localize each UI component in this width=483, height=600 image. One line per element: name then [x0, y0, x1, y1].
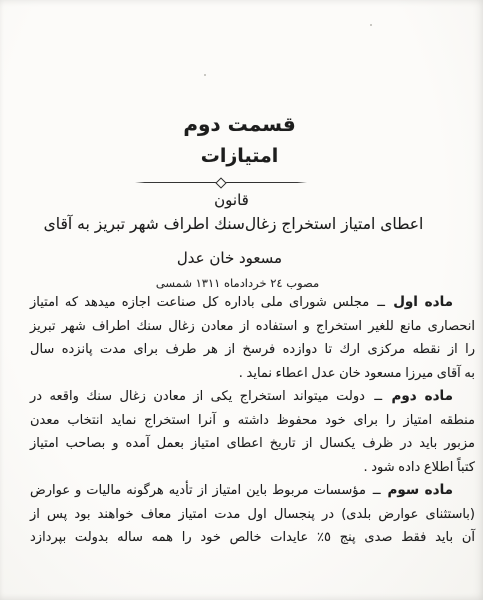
article-2-heading: ماده دوم — [391, 388, 453, 404]
article-3-line-2: (باستثنای عوارض بلدی) در پنجسال اول مدت … — [30, 503, 475, 527]
diamond-ornament-icon — [215, 177, 226, 188]
law-label: قانون — [0, 191, 473, 209]
article-1-heading: ماده اول — [393, 294, 453, 310]
article-2-line-1: ماده دوم ــ دولت میتواند استخراج یکی از … — [30, 385, 475, 409]
article-1-line-2: انحصاری مانع للغیر استخراج و استفاده از … — [30, 315, 475, 339]
article-3-line-3: آن باید فقط صدی پنج ٥٪ عایدات خالص خود ر… — [30, 526, 475, 550]
scanned-page: قسمت دوم امتیازات قانون اعطای امتیاز است… — [0, 0, 483, 600]
grantee-name: مسعود خان عدل — [0, 249, 471, 267]
law-title: اعطای امتیاز استخراج زغال‌سنك اطراف شهر … — [0, 215, 475, 233]
section-title: قسمت دوم — [0, 112, 481, 136]
section-subtitle: امتیازات — [0, 145, 481, 167]
article-3-text: مؤسسات مربوط باین امتیاز از تأدیه هرگونه… — [30, 483, 366, 498]
ornament-divider — [135, 178, 307, 187]
article-3-heading: ماده سوم — [388, 482, 453, 498]
article-1-line-3: را از نقطه مرکزی ارك تا دوازده فرسخ از ه… — [30, 338, 475, 362]
scan-speck — [204, 74, 206, 76]
divider-line — [226, 182, 307, 183]
approval-date: مصوب ٢٤ خردادماه ١٣١١ شمسی — [0, 276, 479, 290]
article-1-line-1: ماده اول ــ مجلس شورای ملی باداره کل صنا… — [30, 291, 475, 315]
article-2-line-3: مزبور باید در ظرف یکسال از تاریخ اعطای ا… — [30, 432, 475, 456]
article-2-dash: ــ — [372, 389, 384, 404]
scan-speck — [370, 24, 372, 26]
article-1-text: مجلس شورای ملی باداره کل صناعت اجازه مید… — [30, 295, 369, 310]
article-1-line-4: به آقای میرزا مسعود خان عدل اعطاء نماید … — [30, 362, 475, 386]
divider-line — [135, 182, 216, 183]
article-2-line-4: کتباً اطلاع داده شود . — [30, 456, 475, 480]
article-2-line-2: منطقه امتیاز را برای خود محفوظ داشته و آ… — [30, 409, 475, 433]
article-1-dash: ــ — [375, 295, 387, 310]
article-3-line-1: ماده سوم ــ مؤسسات مربوط باین امتیاز از … — [30, 479, 475, 503]
article-3-dash: ــ — [371, 483, 383, 498]
article-2-text: دولت میتواند استخراج یکی از معادن زغال س… — [30, 389, 365, 404]
law-body: ماده اول ــ مجلس شورای ملی باداره کل صنا… — [30, 291, 475, 550]
